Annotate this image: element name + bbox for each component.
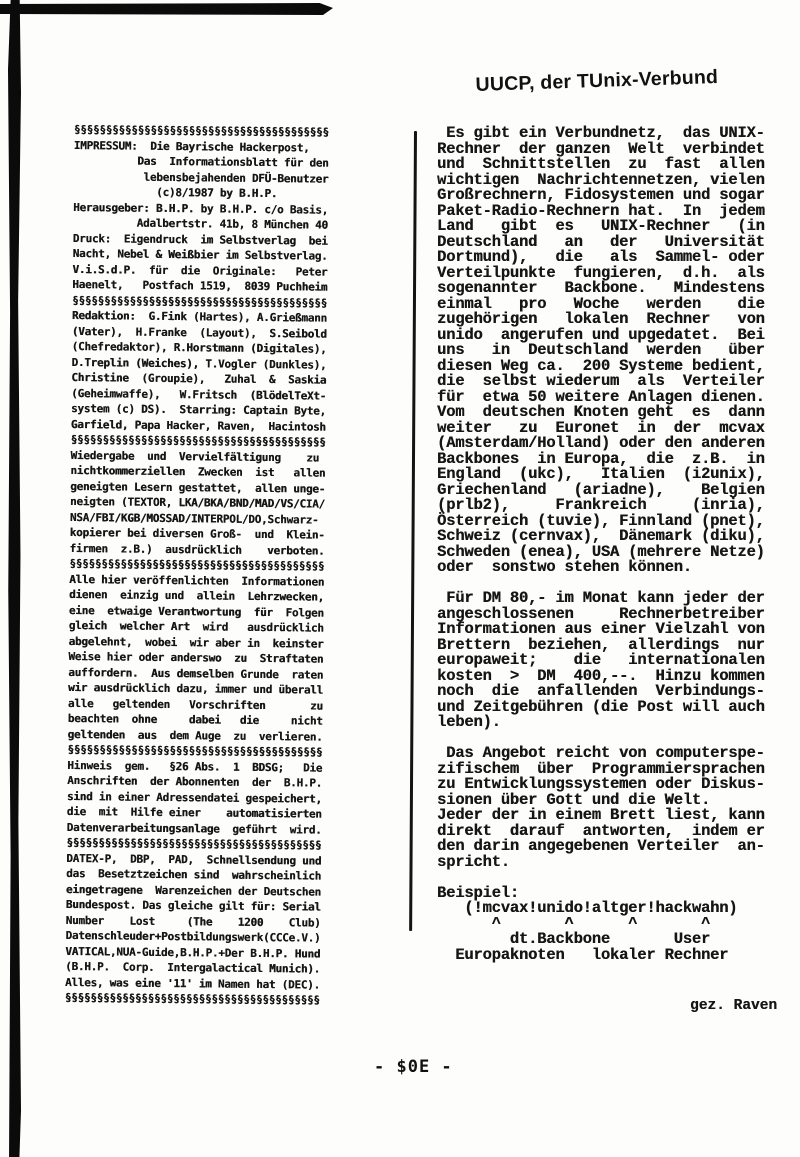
scan-artifact-top-bar <box>0 3 333 15</box>
scan-artifact-left-bar <box>8 0 21 1157</box>
page-number: - $0E - <box>374 1058 453 1076</box>
article-column: Es gibt ein Verbundnetz, das UNIX- Rechn… <box>437 126 765 963</box>
article-signature: gez. Raven <box>690 998 777 1014</box>
impressum-column: §§§§§§§§§§§§§§§§§§§§§§§§§§§§§§§§§§§§§§§§… <box>65 122 329 1008</box>
column-divider-rule <box>409 131 416 931</box>
article-title: UUCP, der TUnix-Verbund <box>475 66 718 97</box>
